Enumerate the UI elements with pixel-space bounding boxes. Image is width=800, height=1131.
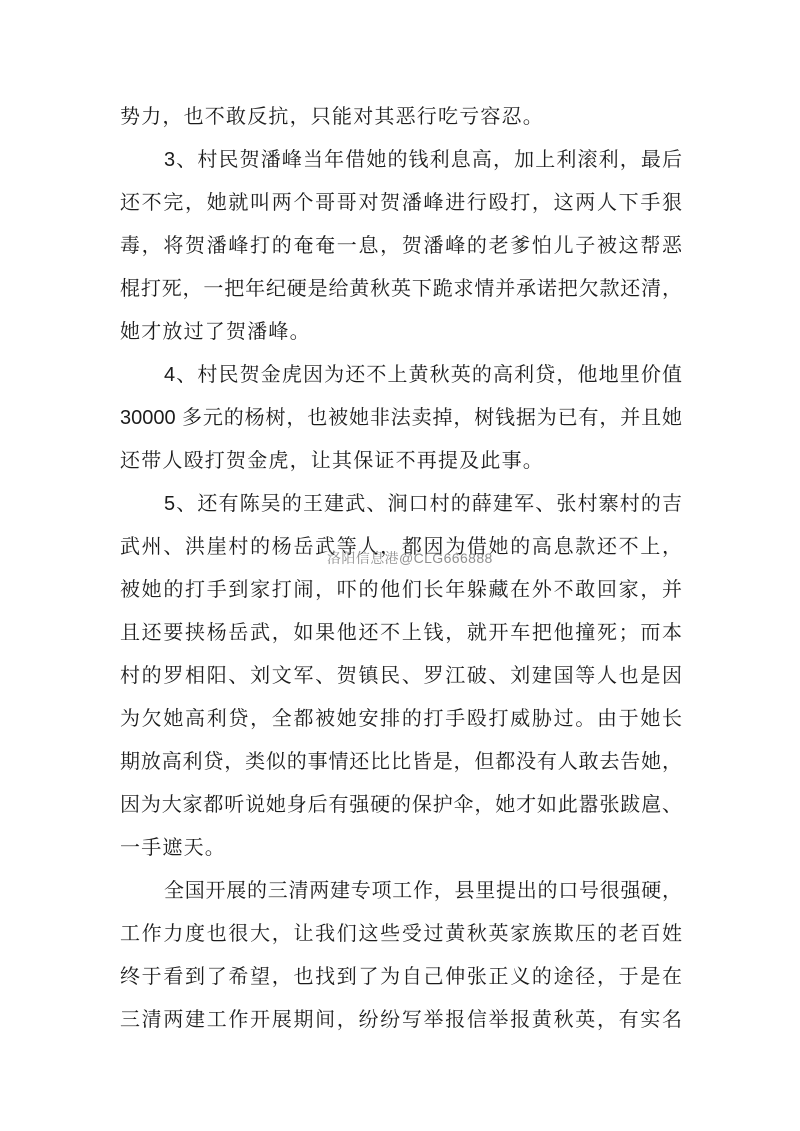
text-line: 武州、洪崖村的杨岳武等人，都因为借她的高息款还不上， <box>120 526 682 569</box>
text-line: 一手遮天。 <box>120 827 682 870</box>
text-line: 且还要挟杨岳武，如果他还不上钱，就开车把他撞死；而本 <box>120 612 682 655</box>
text-line: 还带人殴打贺金虎，让其保证不再提及此事。 <box>120 440 682 483</box>
text-line: 毒，将贺潘峰打的奄奄一息，贺潘峰的老爹怕儿子被这帮恶 <box>120 225 682 268</box>
text-line: 工作力度也很大，让我们这些受过黄秋英家族欺压的老百姓 <box>120 913 682 956</box>
text-line: 期放高利贷，类似的事情还比比皆是，但都没有人敢去告她， <box>120 741 682 784</box>
text-line: 棍打死，一把年纪硬是给黄秋英下跪求情并承诺把欠款还清， <box>120 268 682 311</box>
text-line: 势力，也不敢反抗，只能对其恶行吃亏容忍。 <box>120 96 682 139</box>
text-line: 还不完，她就叫两个哥哥对贺潘峰进行殴打，这两人下手狠 <box>120 182 682 225</box>
text-line: 被她的打手到家打闹，吓的他们长年躲藏在外不敢回家，并 <box>120 569 682 612</box>
text-line: 村的罗相阳、刘文军、贺镇民、罗江破、刘建国等人也是因 <box>120 655 682 698</box>
text-line: 因为大家都听说她身后有强硬的保护伞，她才如此嚣张跋扈、 <box>120 784 682 827</box>
text-line: 全国开展的三清两建专项工作，县里提出的口号很强硬， <box>120 870 682 913</box>
text-line: 为欠她高利贷，全都被她安排的打手殴打威胁过。由于她长 <box>120 698 682 741</box>
text-line: 3、村民贺潘峰当年借她的钱利息高，加上利滚利，最后 <box>120 139 682 182</box>
document-text-block: 势力，也不敢反抗，只能对其恶行吃亏容忍。3、村民贺潘峰当年借她的钱利息高，加上利… <box>120 96 682 1042</box>
text-line: 5、还有陈吴的王建武、涧口村的薛建军、张村寨村的吉 <box>120 483 682 526</box>
text-line: 30000 多元的杨树，也被她非法卖掉，树钱据为已有，并且她 <box>120 397 682 440</box>
text-line: 4、村民贺金虎因为还不上黄秋英的高利贷，他地里价值 <box>120 354 682 397</box>
text-line: 终于看到了希望，也找到了为自己伸张正义的途径，于是在 <box>120 956 682 999</box>
document-page: 势力，也不敢反抗，只能对其恶行吃亏容忍。3、村民贺潘峰当年借她的钱利息高，加上利… <box>0 0 800 1131</box>
text-line: 三清两建工作开展期间，纷纷写举报信举报黄秋英，有实名 <box>120 999 682 1042</box>
text-line: 她才放过了贺潘峰。 <box>120 311 682 354</box>
